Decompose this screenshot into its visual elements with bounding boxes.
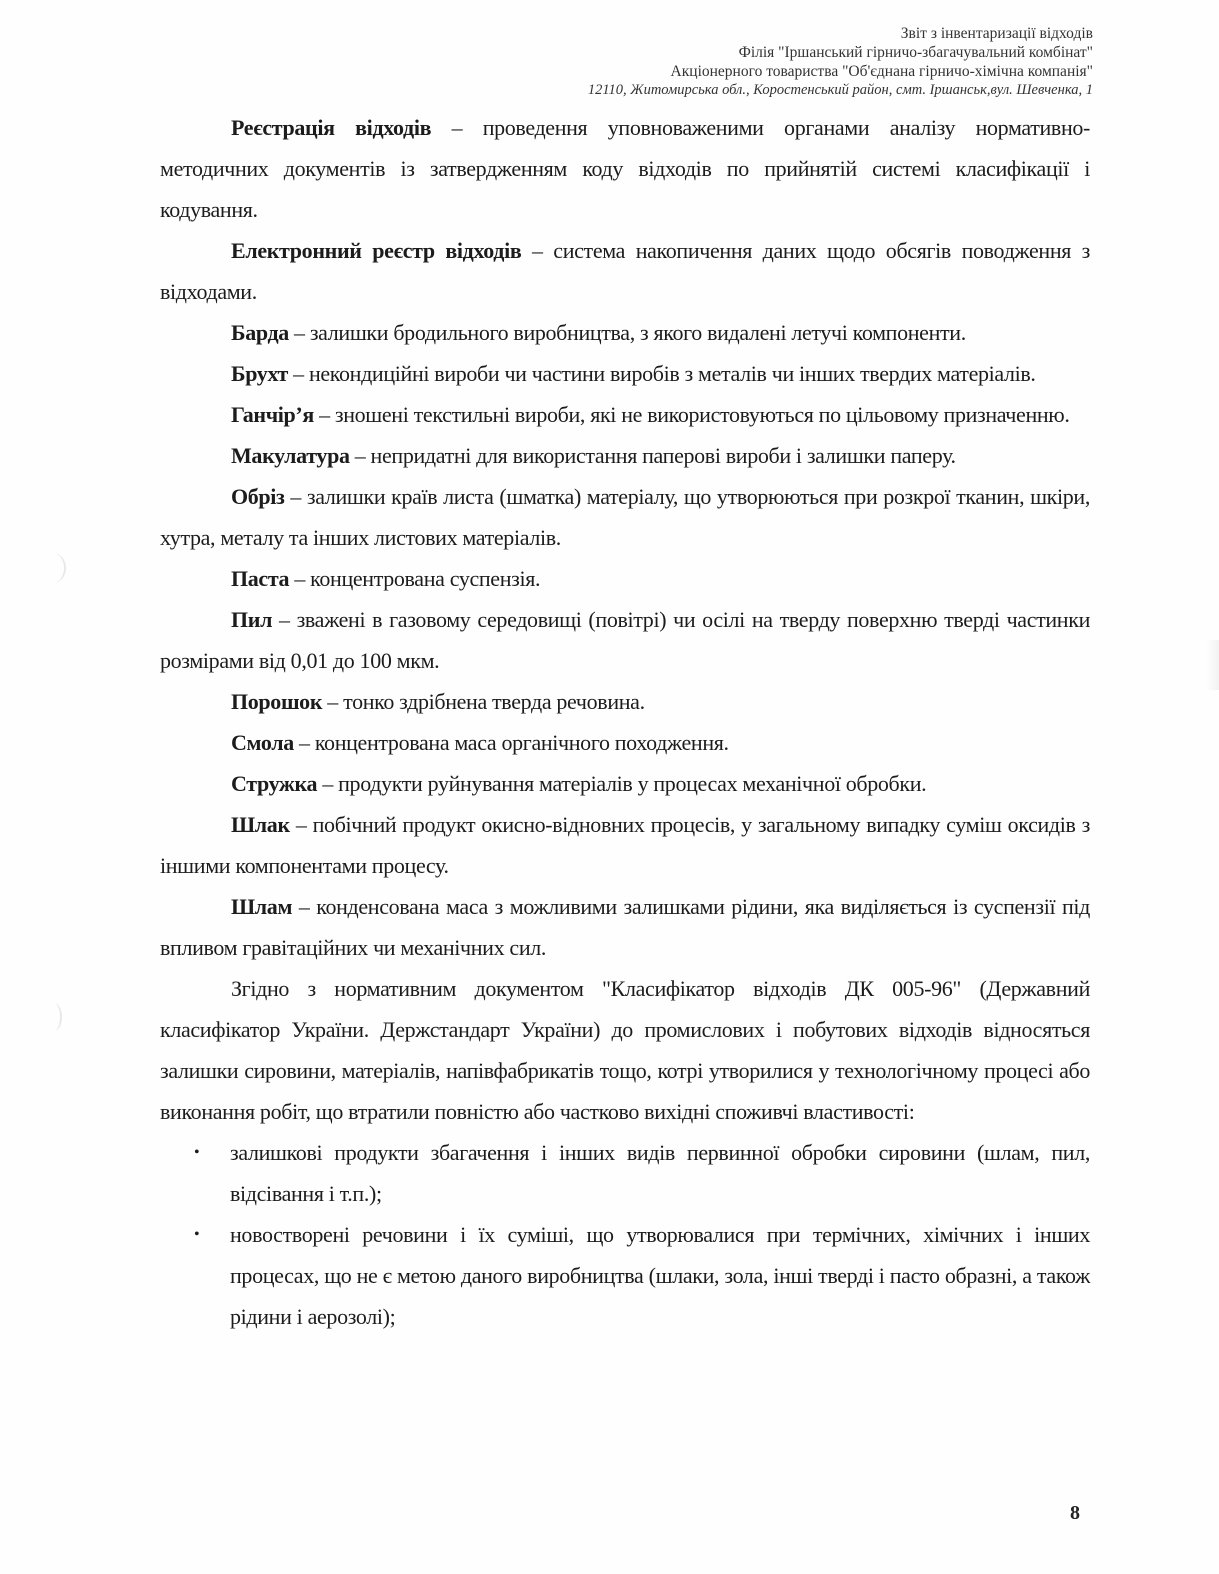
definition-term: Брухт xyxy=(231,361,288,386)
definitions-list: Реєстрація відходів – проведення уповнов… xyxy=(160,107,1090,968)
definition-term: Шлак xyxy=(231,812,290,837)
punch-hole-mark xyxy=(46,1003,62,1031)
definition-paragraph: Шлак – побічний продукт окисно-відновних… xyxy=(160,804,1090,886)
definition-text: – залишки країв листа (шматка) матеріалу… xyxy=(160,484,1090,550)
definition-paragraph: Смола – концентрована маса органічного п… xyxy=(160,722,1090,763)
list-item-text: залишкові продукти збагачення і інших ви… xyxy=(230,1140,1090,1206)
waste-types-list: •залишкові продукти збагачення і інших в… xyxy=(160,1132,1090,1337)
document-body: Реєстрація відходів – проведення уповнов… xyxy=(160,107,1090,1337)
definition-term: Барда xyxy=(231,320,289,345)
bullet-icon: • xyxy=(194,1132,199,1173)
definition-paragraph: Реєстрація відходів – проведення уповнов… xyxy=(160,107,1090,230)
definition-text: – концентрована маса органічного походже… xyxy=(294,730,729,755)
definition-text: – конденсована маса з можливими залишкам… xyxy=(160,894,1090,960)
definition-term: Ганчір’я xyxy=(231,402,314,427)
definition-text: – побічний продукт окисно-відновних проц… xyxy=(160,812,1090,878)
definition-paragraph: Брухт – некондиційні вироби чи частини в… xyxy=(160,353,1090,394)
definition-paragraph: Макулатура – непридатні для використання… xyxy=(160,435,1090,476)
definition-paragraph: Стружка – продукти руйнування матеріалів… xyxy=(160,763,1090,804)
definition-paragraph: Порошок – тонко здрібнена тверда речовин… xyxy=(160,681,1090,722)
definition-text: – зважені в газовому середовищі (повітрі… xyxy=(160,607,1090,673)
definition-term: Смола xyxy=(231,730,294,755)
header-branch-name: Філія "Іршанський гірничо-збагачувальний… xyxy=(588,43,1093,62)
definition-text: – тонко здрібнена тверда речовина. xyxy=(322,689,645,714)
definition-text: – продукти руйнування матеріалів у проце… xyxy=(317,771,926,796)
list-item: •новостворені речовини і їх суміші, що у… xyxy=(160,1214,1090,1337)
definition-term: Обріз xyxy=(231,484,285,509)
scan-edge-shadow xyxy=(1205,640,1219,690)
document-page: Звіт з інвентаризації відходів Філія "Ір… xyxy=(0,0,1219,1574)
bullet-icon: • xyxy=(194,1214,199,1255)
definition-term: Паста xyxy=(231,566,289,591)
list-item-text: новостворені речовини і їх суміші, що ут… xyxy=(230,1222,1090,1329)
definition-term: Порошок xyxy=(231,689,322,714)
definition-term: Макулатура xyxy=(231,443,350,468)
definition-term: Реєстрація відходів xyxy=(231,115,431,140)
list-item: •залишкові продукти збагачення і інших в… xyxy=(160,1132,1090,1214)
definition-term: Електронний реєстр відходів xyxy=(231,238,521,263)
header-report-title: Звіт з інвентаризації відходів xyxy=(588,24,1093,43)
definition-paragraph: Паста – концентрована суспензія. xyxy=(160,558,1090,599)
definition-text: – некондиційні вироби чи частини виробів… xyxy=(288,361,1036,386)
header-address: 12110, Житомирська обл., Коростенський р… xyxy=(588,81,1093,100)
page-number: 8 xyxy=(1070,1502,1080,1525)
punch-hole-mark xyxy=(40,553,66,583)
definition-paragraph: Обріз – залишки країв листа (шматка) мат… xyxy=(160,476,1090,558)
definition-paragraph: Шлам – конденсована маса з можливими зал… xyxy=(160,886,1090,968)
header-company-name: Акціонерного товариства "Об'єднана гірни… xyxy=(588,62,1093,81)
definition-paragraph: Електронний реєстр відходів – система на… xyxy=(160,230,1090,312)
definition-paragraph: Барда – залишки бродильного виробництва,… xyxy=(160,312,1090,353)
definition-term: Пил xyxy=(231,607,272,632)
definition-text: – концентрована суспензія. xyxy=(289,566,540,591)
definition-text: – зношені текстильні вироби, які не вико… xyxy=(314,402,1070,427)
definition-text: – залишки бродильного виробництва, з яко… xyxy=(289,320,966,345)
classification-paragraph: Згідно з нормативним документом "Класифі… xyxy=(160,968,1090,1132)
definition-term: Стружка xyxy=(231,771,317,796)
running-header: Звіт з інвентаризації відходів Філія "Ір… xyxy=(588,24,1093,100)
definition-paragraph: Ганчір’я – зношені текстильні вироби, як… xyxy=(160,394,1090,435)
definition-text: – непридатні для використання паперові в… xyxy=(350,443,956,468)
definition-paragraph: Пил – зважені в газовому середовищі (пов… xyxy=(160,599,1090,681)
definition-term: Шлам xyxy=(231,894,292,919)
